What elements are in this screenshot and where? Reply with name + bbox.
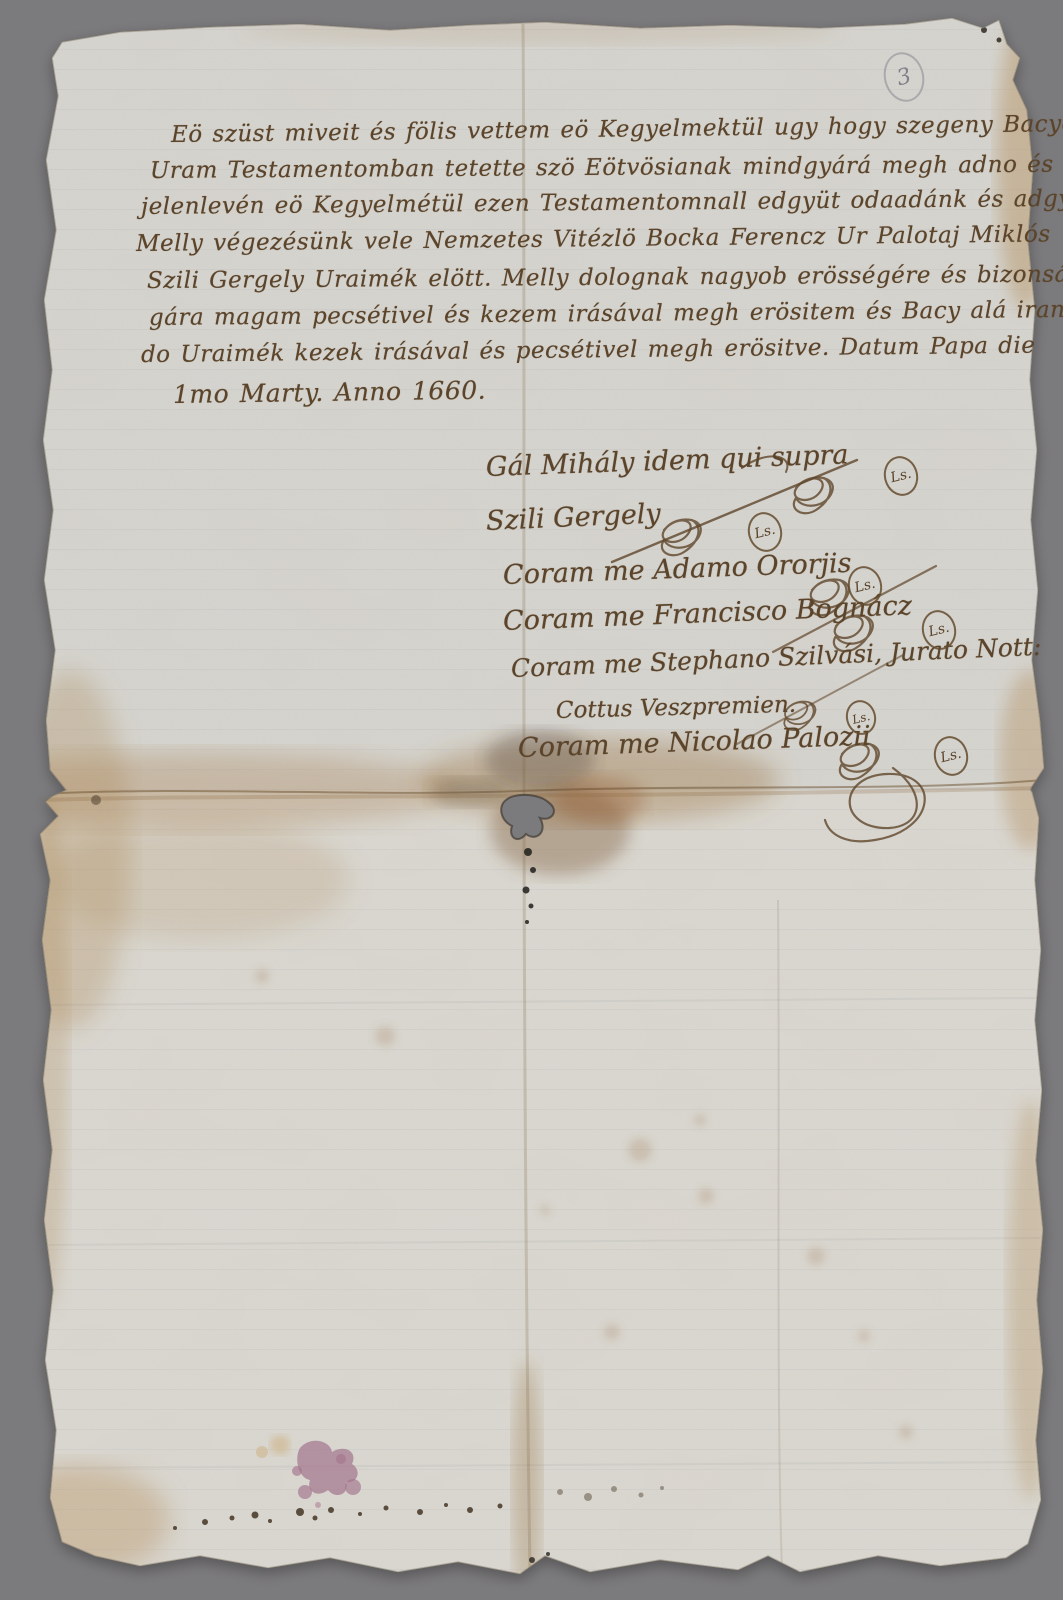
handwriting-layer: 3 Eö szüst miveit és fölis vettem eö Keg… <box>0 0 1063 1600</box>
seal-locus-sigilli-6: Ls. <box>930 732 973 779</box>
manuscript-line-5: Szili Gergely Uraimék elött. Melly dolog… <box>147 262 1063 294</box>
signature-coram-adamo: Coram me Adamo Ororjis <box>502 548 852 591</box>
signature-cottus-line: Cottus Veszpremien. <box>556 692 797 724</box>
page-number: 3 <box>879 48 930 106</box>
manuscript-scan: 3 Eö szüst miveit és fölis vettem eö Keg… <box>0 0 1063 1600</box>
manuscript-line-7: do Uraimék kezek irásával és pecsétivel … <box>141 333 1036 368</box>
manuscript-line-2: Uram Testamentomban tetette szö Eötvösia… <box>150 151 1063 184</box>
manuscript-line-6: gára magam pecsétivel és kezem irásával … <box>149 297 1063 331</box>
signature-gal-mihaly: Gál Mihály idem qui supra <box>485 439 849 483</box>
signature-coram-nicolao: Coram me Nicolao Palozii <box>517 721 871 764</box>
signature-coram-stephano: Coram me Stephano Szilvási, Jurato Nott: <box>510 632 1041 683</box>
manuscript-line-3: jelenlevén eö Kegyelmétül ezen Testament… <box>141 186 1063 220</box>
manuscript-line-4: Melly végezésünk vele Nemzetes Vitézlö B… <box>136 221 1051 257</box>
manuscript-dateline: 1mo Marty. Anno 1660. <box>173 376 487 409</box>
seal-locus-sigilli-1: Ls. <box>880 452 923 499</box>
seal-locus-sigilli-2: Ls. <box>744 508 787 555</box>
manuscript-line-1: Eö szüst miveit és fölis vettem eö Kegye… <box>171 111 1063 148</box>
signature-szili-gergely: Szili Gergely <box>485 498 661 537</box>
